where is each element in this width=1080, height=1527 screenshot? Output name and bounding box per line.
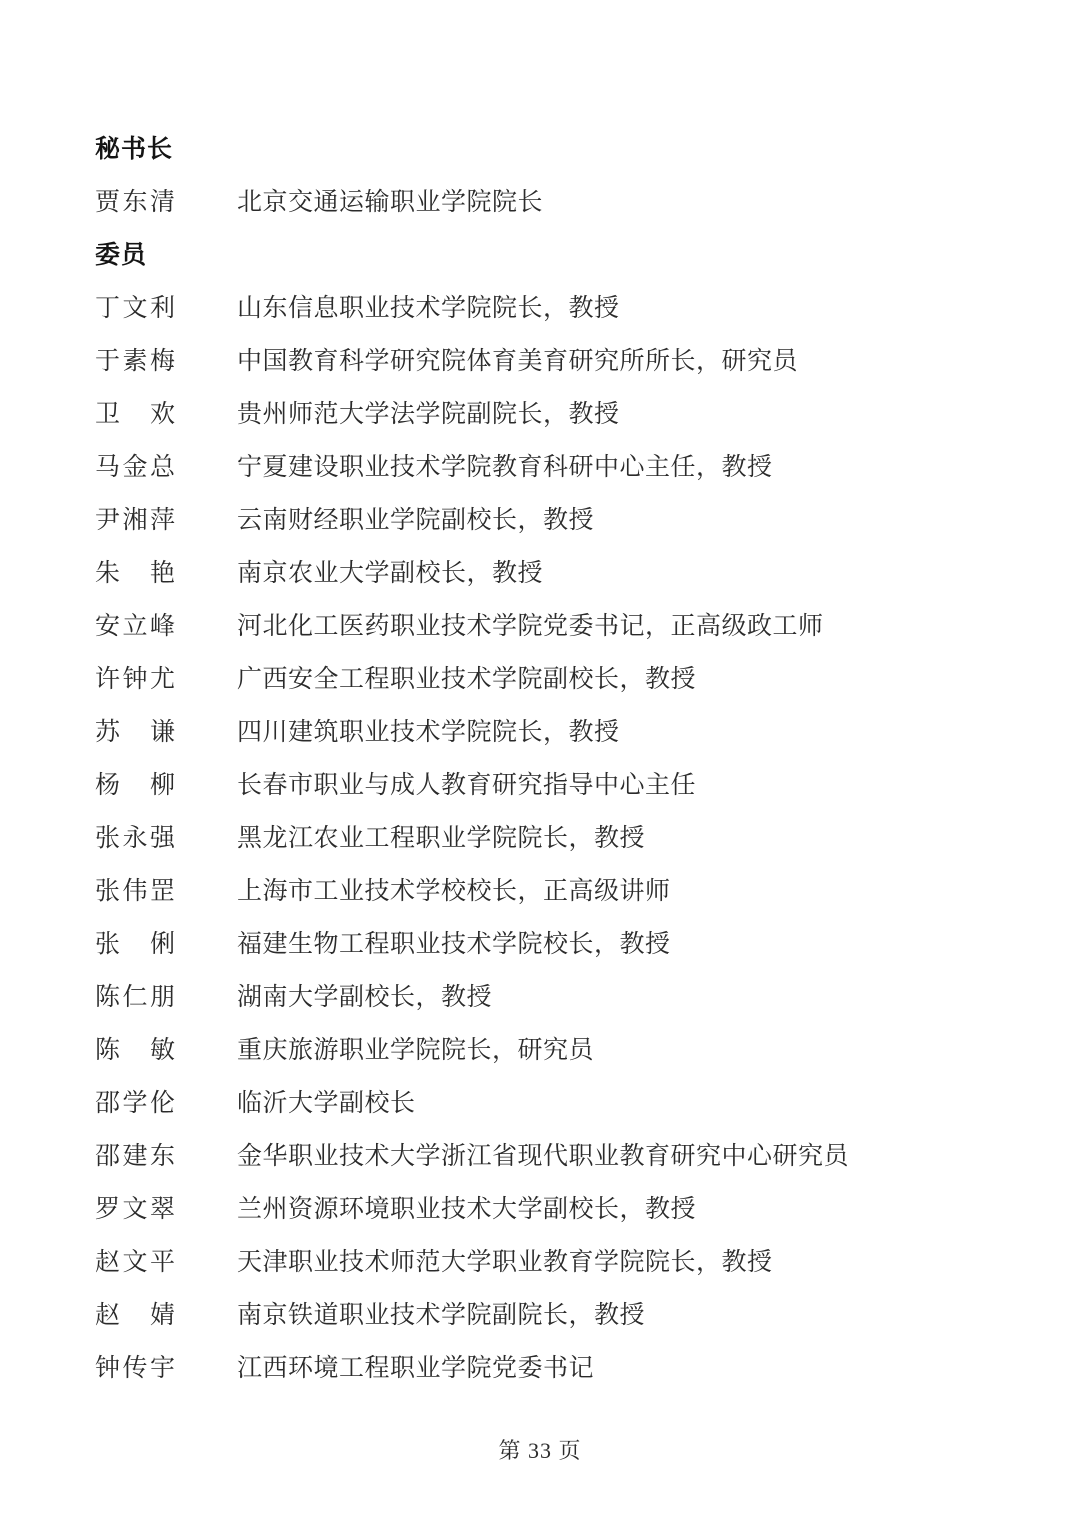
member-title: 宁夏建设职业技术学院教育科研中心主任，教授 — [237, 441, 773, 494]
member-title: 云南财经职业学院副校长，教授 — [237, 494, 594, 547]
section-heading: 秘书长 — [95, 123, 1030, 176]
member-title: 南京农业大学副校长，教授 — [237, 547, 543, 600]
member-name: 尹湘萍 — [95, 494, 175, 547]
member-row: 杨柳 长春市职业与成人教育研究指导中心主任 — [95, 759, 1030, 812]
roster-section: 委员 丁文利 山东信息职业技术学院院长，教授 于素梅 中国教育科学研究院体育美育… — [95, 229, 1030, 1395]
member-row: 赵婧 南京铁道职业技术学院副院长，教授 — [95, 1289, 1030, 1342]
document-page: 秘书长 贾东清 北京交通运输职业学院院长 委员 丁文利 山东信息职业技术学院院长… — [0, 0, 1080, 1527]
member-title: 临沂大学副校长 — [237, 1077, 416, 1130]
member-title: 重庆旅游职业学院院长，研究员 — [237, 1024, 594, 1077]
member-name: 张永强 — [95, 812, 175, 865]
member-row: 马金总 宁夏建设职业技术学院教育科研中心主任，教授 — [95, 441, 1030, 494]
member-row: 尹湘萍 云南财经职业学院副校长，教授 — [95, 494, 1030, 547]
member-title: 四川建筑职业技术学院院长，教授 — [237, 706, 620, 759]
member-name: 苏谦 — [95, 706, 175, 759]
member-row: 朱艳 南京农业大学副校长，教授 — [95, 547, 1030, 600]
member-title: 南京铁道职业技术学院副院长，教授 — [237, 1289, 645, 1342]
member-row: 安立峰 河北化工医药职业技术学院党委书记，正高级政工师 — [95, 600, 1030, 653]
member-name: 杨柳 — [95, 759, 175, 812]
member-title: 贵州师范大学法学院副院长，教授 — [237, 388, 620, 441]
member-name: 罗文翠 — [95, 1183, 175, 1236]
member-title: 中国教育科学研究院体育美育研究所所长，研究员 — [237, 335, 798, 388]
member-name: 安立峰 — [95, 600, 175, 653]
member-row: 许钟尤 广西安全工程职业技术学院副校长，教授 — [95, 653, 1030, 706]
page-number: 第 33 页 — [498, 1438, 581, 1463]
member-name: 于素梅 — [95, 335, 175, 388]
member-name: 许钟尤 — [95, 653, 175, 706]
member-title: 长春市职业与成人教育研究指导中心主任 — [237, 759, 696, 812]
member-title: 江西环境工程职业学院党委书记 — [237, 1342, 594, 1395]
member-title: 天津职业技术师范大学职业教育学院院长，教授 — [237, 1236, 773, 1289]
member-title: 兰州资源环境职业技术大学副校长，教授 — [237, 1183, 696, 1236]
member-title: 福建生物工程职业技术学院校长，教授 — [237, 918, 671, 971]
member-name: 丁文利 — [95, 282, 175, 335]
member-title: 广西安全工程职业技术学院副校长，教授 — [237, 653, 696, 706]
roster-section: 秘书长 贾东清 北京交通运输职业学院院长 — [95, 123, 1030, 229]
member-row: 罗文翠 兰州资源环境职业技术大学副校长，教授 — [95, 1183, 1030, 1236]
member-title: 北京交通运输职业学院院长 — [237, 176, 543, 229]
member-row: 邵学伦 临沂大学副校长 — [95, 1077, 1030, 1130]
member-title: 河北化工医药职业技术学院党委书记，正高级政工师 — [237, 600, 824, 653]
member-row: 贾东清 北京交通运输职业学院院长 — [95, 176, 1030, 229]
section-heading: 委员 — [95, 229, 1030, 282]
member-name: 朱艳 — [95, 547, 175, 600]
member-row: 卫欢 贵州师范大学法学院副院长，教授 — [95, 388, 1030, 441]
member-row: 于素梅 中国教育科学研究院体育美育研究所所长，研究员 — [95, 335, 1030, 388]
member-row: 苏谦 四川建筑职业技术学院院长，教授 — [95, 706, 1030, 759]
member-row: 赵文平 天津职业技术师范大学职业教育学院院长，教授 — [95, 1236, 1030, 1289]
member-title: 上海市工业技术学校校长，正高级讲师 — [237, 865, 671, 918]
member-name: 赵文平 — [95, 1236, 175, 1289]
member-name: 马金总 — [95, 441, 175, 494]
page-footer: 第 33 页 — [0, 1438, 1080, 1464]
member-title: 山东信息职业技术学院院长，教授 — [237, 282, 620, 335]
member-name: 陈敏 — [95, 1024, 175, 1077]
member-row: 陈敏 重庆旅游职业学院院长，研究员 — [95, 1024, 1030, 1077]
member-name: 陈仁朋 — [95, 971, 175, 1024]
member-name: 赵婧 — [95, 1289, 175, 1342]
member-title: 湖南大学副校长，教授 — [237, 971, 492, 1024]
member-name: 卫欢 — [95, 388, 175, 441]
member-row: 陈仁朋 湖南大学副校长，教授 — [95, 971, 1030, 1024]
member-row: 张永强 黑龙江农业工程职业学院院长，教授 — [95, 812, 1030, 865]
member-name: 张伟罡 — [95, 865, 175, 918]
member-row: 张伟罡 上海市工业技术学校校长，正高级讲师 — [95, 865, 1030, 918]
member-row: 丁文利 山东信息职业技术学院院长，教授 — [95, 282, 1030, 335]
committee-roster: 秘书长 贾东清 北京交通运输职业学院院长 委员 丁文利 山东信息职业技术学院院长… — [95, 123, 1030, 1395]
member-row: 张俐 福建生物工程职业技术学院校长，教授 — [95, 918, 1030, 971]
member-name: 贾东清 — [95, 176, 175, 229]
member-name: 邵学伦 — [95, 1077, 175, 1130]
member-title: 金华职业技术大学浙江省现代职业教育研究中心研究员 — [237, 1130, 849, 1183]
member-name: 钟传宇 — [95, 1342, 175, 1395]
member-title: 黑龙江农业工程职业学院院长，教授 — [237, 812, 645, 865]
member-row: 钟传宇 江西环境工程职业学院党委书记 — [95, 1342, 1030, 1395]
member-name: 邵建东 — [95, 1130, 175, 1183]
member-name: 张俐 — [95, 918, 175, 971]
member-row: 邵建东 金华职业技术大学浙江省现代职业教育研究中心研究员 — [95, 1130, 1030, 1183]
